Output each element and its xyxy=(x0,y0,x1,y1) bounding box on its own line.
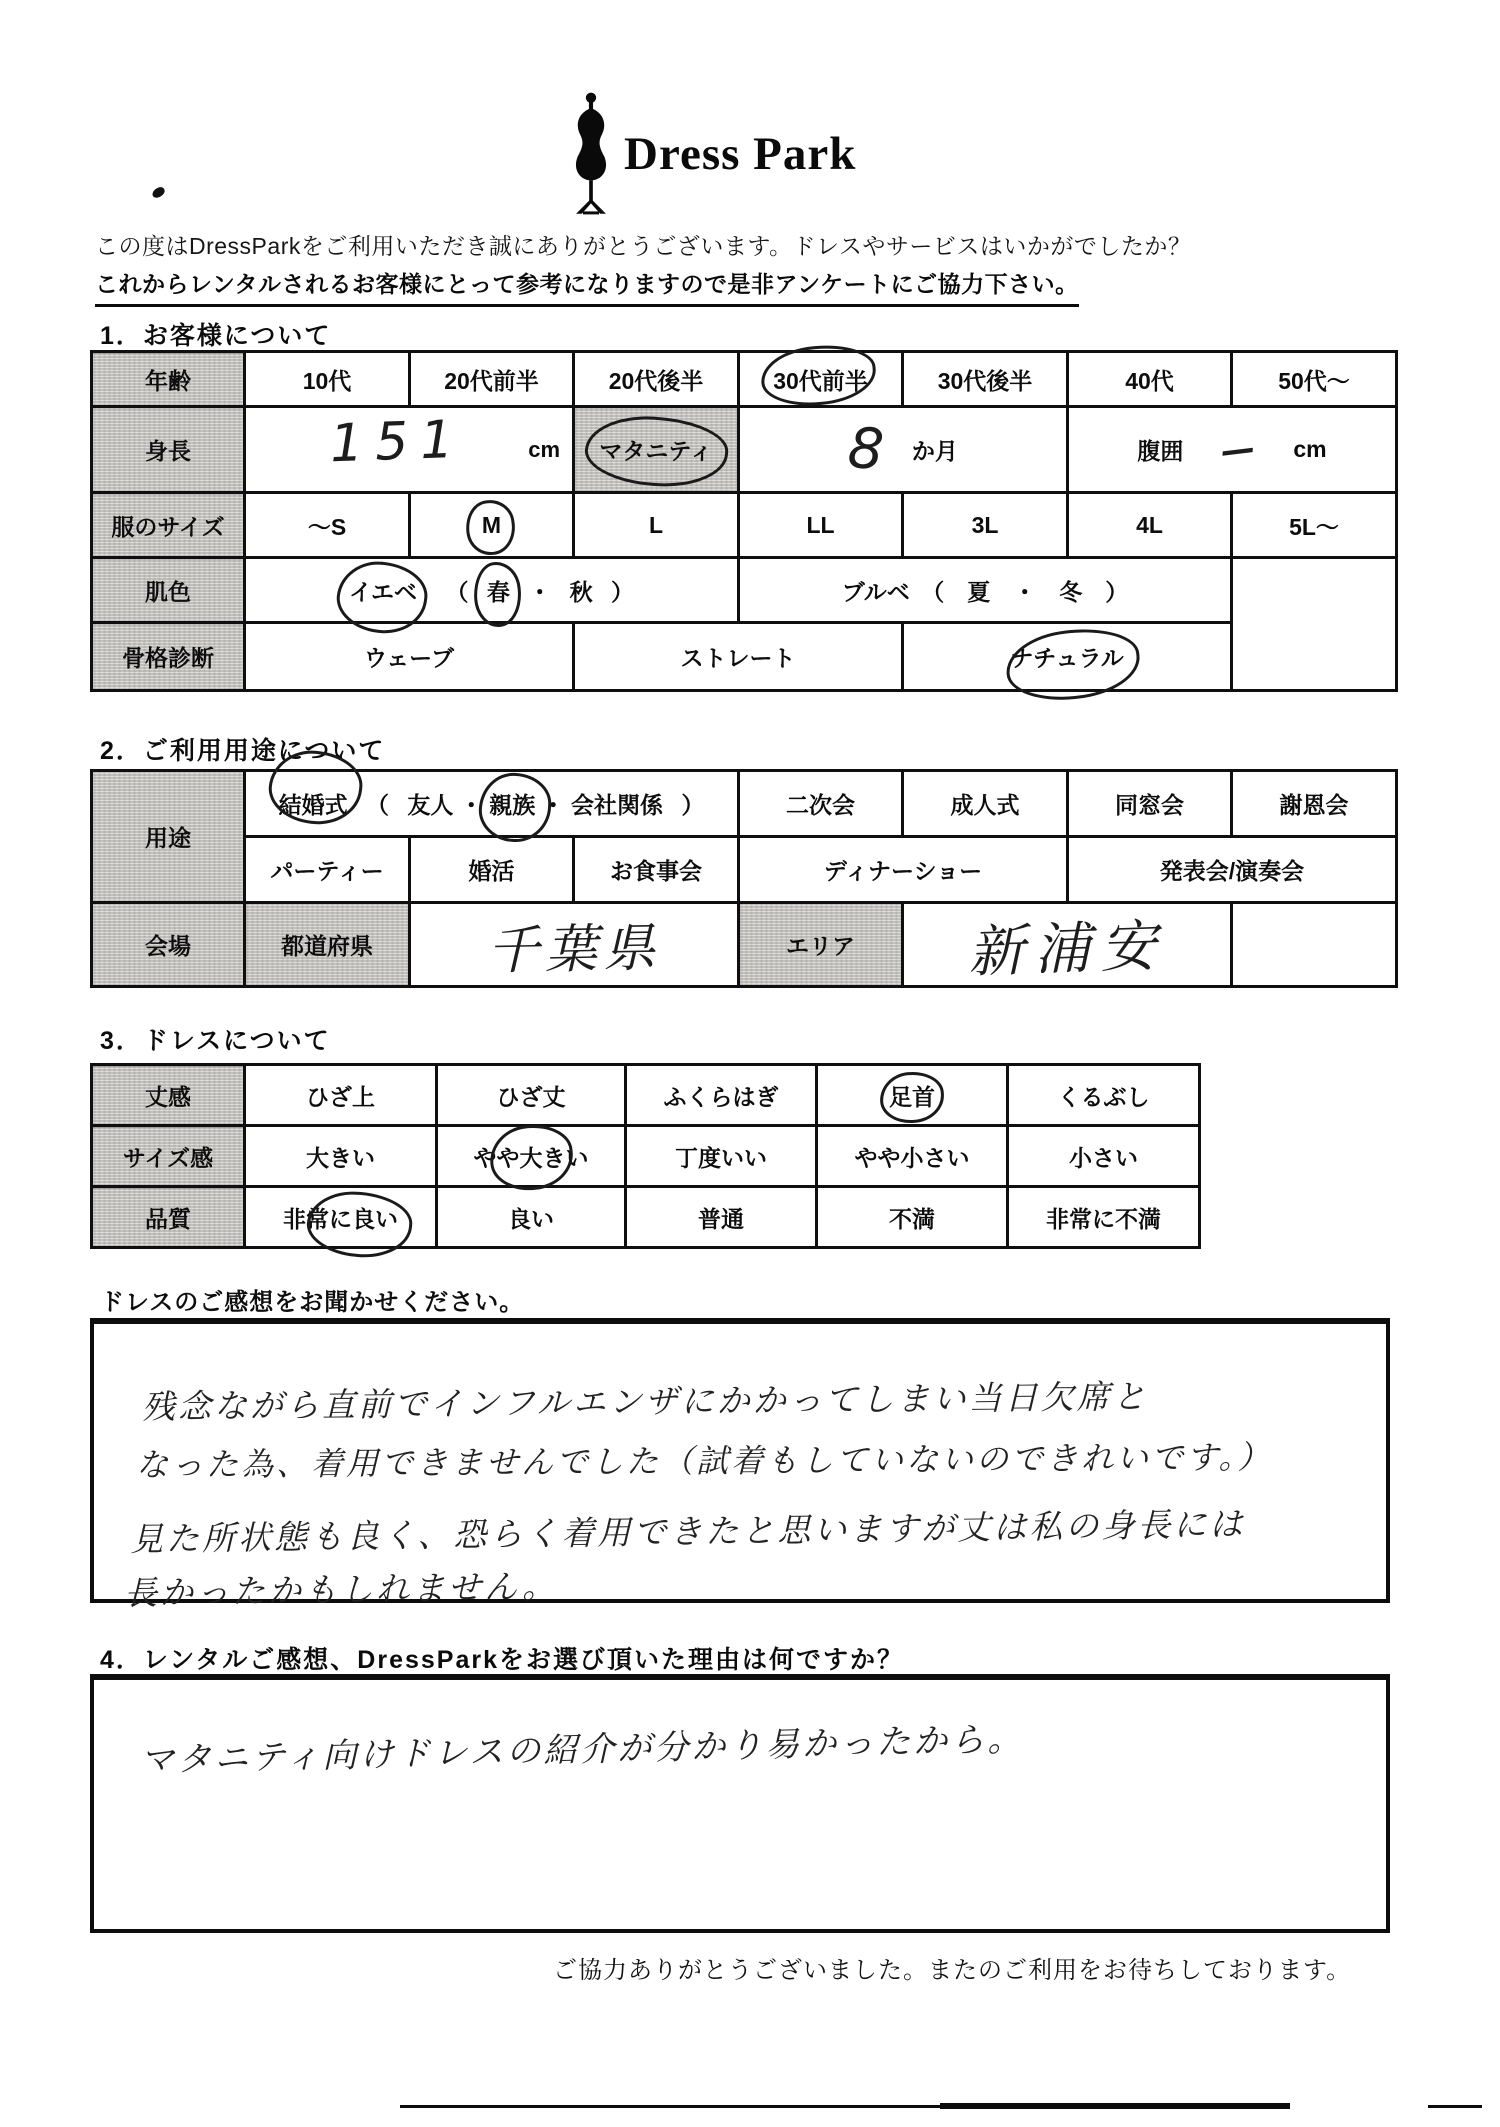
length-option-ankle-circled: 足首 xyxy=(817,1065,1008,1126)
skin-autumn: 秋 xyxy=(570,574,593,607)
age-option-10s: 10代 xyxy=(245,352,410,407)
customer-info-table: 年齢 10代 20代前半 20代後半 30代前半 30代後半 40代 50代～ … xyxy=(90,350,1398,692)
paren-open: （ xyxy=(366,787,389,820)
scan-line-artifact xyxy=(1428,2105,1482,2108)
intro-line-1: この度はDressParkをご利用いただき誠にありがとうございます。ドレスやサー… xyxy=(95,228,1191,261)
length-option-anklebone: くるぶし xyxy=(1008,1065,1200,1126)
dot-separator: ・ xyxy=(460,787,483,820)
purpose-header: 用途 xyxy=(92,771,245,903)
size-option-3l: 3L xyxy=(903,493,1068,558)
usage-purpose-table: 用途 結婚式 （ 友人 ・ 親族 ・ 会社関係 ） 二次会 成人式 同窓会 謝恩… xyxy=(90,769,1398,988)
skin-header: 肌色 xyxy=(92,558,245,623)
skin-yellow-circled: イエベ xyxy=(349,574,417,607)
size-option-s: ～S xyxy=(245,493,410,558)
area-value-cell: 新浦安 xyxy=(903,903,1232,987)
purpose-option-konkatsu: 婚活 xyxy=(410,837,574,903)
purpose-option-recital: 発表会/演奏会 xyxy=(1068,837,1397,903)
maternity-cell-circled: マタニティ xyxy=(574,407,739,493)
length-option-above-knee: ひざ上 xyxy=(245,1065,437,1126)
purpose-row-1: 用途 結婚式 （ 友人 ・ 親族 ・ 会社関係 ） 二次会 成人式 同窓会 謝恩… xyxy=(92,771,1397,837)
frame-option-straight: ストレート xyxy=(574,623,903,691)
age-option-late30s: 30代後半 xyxy=(903,352,1068,407)
fit-option-slightly-large-circled: やや大きい xyxy=(437,1126,626,1187)
length-row: 丈感 ひざ上 ひざ丈 ふくらはぎ 足首 くるぶし xyxy=(92,1065,1200,1126)
purpose-option-party: パーティー xyxy=(245,837,410,903)
comment-line-3: 見た所状態も良く、恐らく着用できたと思いますが丈は私の身長には xyxy=(130,1498,1246,1561)
dress-comment-box: 残念ながら直前でインフルエンザにかかってしまい当日欠席と なった為、着用できませ… xyxy=(90,1318,1390,1603)
clothing-size-row: 服のサイズ ～S M L LL 3L 4L 5L～ xyxy=(92,493,1397,558)
height-row: 身長 151 cm マタニティ 8 か月 腹囲 — cm xyxy=(92,407,1397,493)
section1-title: 1．お客様について xyxy=(100,316,331,352)
quality-option-very-good-circled: 非常に良い xyxy=(245,1187,437,1248)
comment-line-4: 長かったかもしれません。 xyxy=(124,1560,559,1615)
intro-line-2: これからレンタルされるお客様にとって参考になりますので是非アンケートにご協力下さ… xyxy=(95,266,1079,307)
dot-separator: ・ xyxy=(542,787,565,820)
dot-separator: ・ xyxy=(528,574,551,607)
months-label: か月 xyxy=(912,433,958,466)
maternity-months-cell: 8 か月 xyxy=(739,407,1068,493)
size-option-5l: 5L～ xyxy=(1232,493,1397,558)
comment-line-2: なった為、着用できませんでした（試着もしていないのできれいです。） xyxy=(136,1432,1273,1486)
length-option-calf: ふくらはぎ xyxy=(626,1065,817,1126)
waist-handwritten-dash: — xyxy=(1219,428,1258,472)
paren-close: ） xyxy=(681,787,704,820)
age-option-early30s-circled: 30代前半 xyxy=(739,352,903,407)
height-handwritten-value: 151 xyxy=(329,410,466,475)
wedding-friend: 友人 xyxy=(407,787,453,820)
age-option-early20s: 20代前半 xyxy=(410,352,574,407)
length-header: 丈感 xyxy=(92,1065,245,1126)
scan-artifact-mark xyxy=(151,186,167,200)
section4-title: 4．レンタルご感想、DressParkをお選び頂いた理由は何ですか？ xyxy=(100,1640,904,1676)
height-value-cell: 151 cm xyxy=(245,407,574,493)
size-option-l: L xyxy=(574,493,739,558)
skin-spring-circled: 春 xyxy=(487,574,510,607)
length-option-knee: ひざ丈 xyxy=(437,1065,626,1126)
rental-reason-answer: マタニティ向けドレスの紹介が分かり易かったから。 xyxy=(140,1711,1025,1782)
venue-row: 会場 都道府県 千葉県 エリア 新浦安 xyxy=(92,903,1397,987)
purpose-option-dousoukai: 同窓会 xyxy=(1068,771,1232,837)
frame-option-natural-circled: ナチュラル xyxy=(903,623,1232,691)
comment-line-1: 残念ながら直前でインフルエンザにかかってしまい当日欠席と xyxy=(142,1371,1149,1429)
area-label: エリア xyxy=(739,903,903,987)
section3-title: 3．ドレスについて xyxy=(100,1021,331,1057)
dress-form-icon xyxy=(568,92,614,216)
frame-option-wave: ウェーブ xyxy=(245,623,574,691)
skin-tone-row: 肌色 イエベ （ 春 ・ 秋 ） ブルベ （ 夏 ・ 冬 ） xyxy=(92,558,1397,623)
age-header: 年齢 xyxy=(92,352,245,407)
size-option-4l: 4L xyxy=(1068,493,1232,558)
rental-reason-box: マタニティ向けドレスの紹介が分かり易かったから。 xyxy=(90,1674,1390,1933)
fit-header: サイズ感 xyxy=(92,1126,245,1187)
age-row: 年齢 10代 20代前半 20代後半 30代前半 30代後半 40代 50代～ xyxy=(92,352,1397,407)
purpose-option-seijinshiki: 成人式 xyxy=(903,771,1068,837)
paren-open: （ xyxy=(445,574,468,607)
prefecture-label: 都道府県 xyxy=(245,903,410,987)
waist-cell: 腹囲 — cm xyxy=(1068,407,1397,493)
frame-header: 骨格診断 xyxy=(92,623,245,691)
size-option-m-circled: M xyxy=(410,493,574,558)
purpose-option-dinner-party: お食事会 xyxy=(574,837,739,903)
dress-evaluation-table: 丈感 ひざ上 ひざ丈 ふくらはぎ 足首 くるぶし サイズ感 大きい やや大きい … xyxy=(90,1063,1201,1249)
purpose-row-2: パーティー 婚活 お食事会 ディナーショー 発表会/演奏会 xyxy=(92,837,1397,903)
height-header: 身長 xyxy=(92,407,245,493)
quality-option-normal: 普通 xyxy=(626,1187,817,1248)
paren-close: ） xyxy=(611,574,634,607)
size-option-ll: LL xyxy=(739,493,903,558)
skin-yellow-cell: イエベ （ 春 ・ 秋 ） xyxy=(245,558,739,623)
wedding-family-circled: 親族 xyxy=(489,787,535,820)
dress-comment-prompt: ドレスのご感想をお聞かせください。 xyxy=(100,1282,524,1317)
purpose-option-nijikai: 二次会 xyxy=(739,771,903,837)
quality-option-dissatisfied: 不満 xyxy=(817,1187,1008,1248)
section2-title: 2．ご利用用途について xyxy=(100,731,385,767)
height-unit: cm xyxy=(528,437,560,463)
fit-option-just-right: 丁度いい xyxy=(626,1126,817,1187)
skin-blue-cell: ブルベ （ 夏 ・ 冬 ） xyxy=(739,558,1232,623)
brand-name: Dress Park xyxy=(624,127,856,181)
scanned-survey-page: { "logo": { "brand": "Dress Park" }, "in… xyxy=(0,0,1500,2127)
scan-line-artifact xyxy=(940,2103,1290,2109)
prefecture-handwritten: 千葉県 xyxy=(486,905,661,983)
venue-header: 会場 xyxy=(92,903,245,987)
quality-option-good: 良い xyxy=(437,1187,626,1248)
wedding-cell: 結婚式 （ 友人 ・ 親族 ・ 会社関係 ） xyxy=(245,771,739,837)
waist-label: 腹囲 xyxy=(1137,433,1183,466)
area-handwritten: 新浦安 xyxy=(967,901,1168,988)
purpose-option-shaonkai: 謝恩会 xyxy=(1232,771,1397,837)
months-handwritten-value: 8 xyxy=(846,420,885,478)
fit-option-small: 小さい xyxy=(1008,1126,1200,1187)
purpose-option-dinner-show: ディナーショー xyxy=(739,837,1068,903)
brand-logo: Dress Park xyxy=(568,92,856,216)
fit-row: サイズ感 大きい やや大きい 丁度いい やや小さい 小さい xyxy=(92,1126,1200,1187)
footer-thanks-note: ご協力ありがとうございました。またのご利用をお待ちしております。 xyxy=(553,1950,1351,1985)
age-option-late20s: 20代後半 xyxy=(574,352,739,407)
fit-option-large: 大きい xyxy=(245,1126,437,1187)
waist-unit: cm xyxy=(1293,436,1326,463)
wedding-circled: 結婚式 xyxy=(279,787,348,820)
scan-line-artifact xyxy=(400,2105,960,2108)
quality-option-very-dissatisfied: 非常に不満 xyxy=(1008,1187,1200,1248)
quality-row: 品質 非常に良い 良い 普通 不満 非常に不満 xyxy=(92,1187,1200,1248)
wedding-company: 会社関係 xyxy=(571,787,663,820)
age-option-50s: 50代～ xyxy=(1232,352,1397,407)
quality-header: 品質 xyxy=(92,1187,245,1248)
age-option-40s: 40代 xyxy=(1068,352,1232,407)
size-header: 服のサイズ xyxy=(92,493,245,558)
frame-diagnosis-row: 骨格診断 ウェーブ ストレート ナチュラル xyxy=(92,623,1397,691)
fit-option-slightly-small: やや小さい xyxy=(817,1126,1008,1187)
prefecture-value-cell: 千葉県 xyxy=(410,903,739,987)
